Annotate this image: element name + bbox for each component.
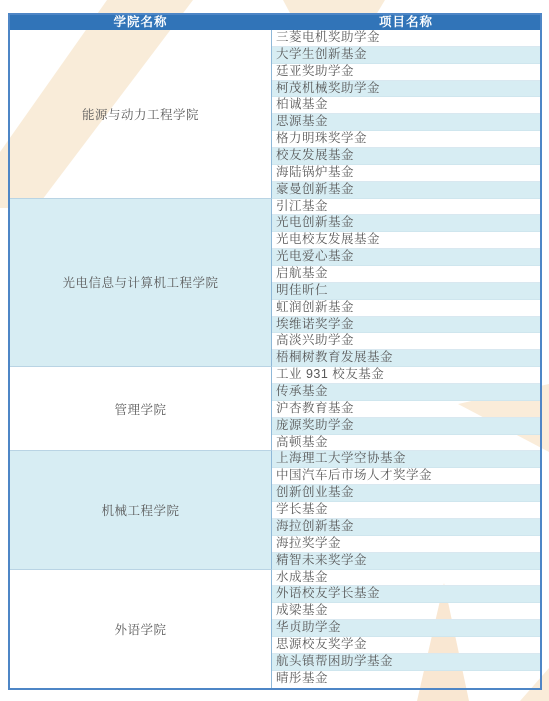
- project-row: 沪杏教育基金: [272, 401, 540, 418]
- project-row: 成梁基金: [272, 603, 540, 620]
- project-row: 光电校友发展基金: [272, 232, 540, 249]
- project-row: 海陆锅炉基金: [272, 165, 540, 182]
- column-header-college: 学院名称: [10, 15, 272, 30]
- project-row: 大学生创新基金: [272, 47, 540, 64]
- project-row: 中国汽车后市场人才奖学金: [272, 468, 540, 485]
- project-list: 工业 931 校友基金传承基金沪杏教育基金庞源奖助学金高顿基金: [272, 367, 540, 451]
- project-row: 高顿基金: [272, 435, 540, 452]
- college-group: 外语学院水成基金外语校友学长基金成梁基金华贞助学金思源校友奖学金航头镇帮困助学基…: [10, 570, 540, 688]
- project-row: 光电创新基金: [272, 215, 540, 232]
- project-row: 埃维诺奖学金: [272, 317, 540, 334]
- table-header-row: 学院名称 项目名称: [10, 15, 540, 30]
- column-header-project: 项目名称: [272, 15, 540, 30]
- project-list: 水成基金外语校友学长基金成梁基金华贞助学金思源校友奖学金航头镇帮困助学基金晴彤基…: [272, 570, 540, 688]
- project-row: 柏诚基金: [272, 97, 540, 114]
- project-row: 航头镇帮困助学基金: [272, 654, 540, 671]
- project-row: 思源基金: [272, 114, 540, 131]
- project-row: 晴彤基金: [272, 671, 540, 688]
- project-row: 高淡兴助学金: [272, 333, 540, 350]
- college-group: 管理学院工业 931 校友基金传承基金沪杏教育基金庞源奖助学金高顿基金: [10, 367, 540, 451]
- project-row: 华贞助学金: [272, 620, 540, 637]
- project-row: 光电爱心基金: [272, 249, 540, 266]
- project-row: 引江基金: [272, 199, 540, 216]
- page: 学院名称 项目名称 能源与动力工程学院三菱电机奖助学金大学生创新基金廷亚奖助学金…: [0, 0, 549, 701]
- project-row: 校友发展基金: [272, 148, 540, 165]
- project-list: 上海理工大学空协基金中国汽车后市场人才奖学金创新创业基金学长基金海拉创新基金海拉…: [272, 451, 540, 569]
- project-list: 三菱电机奖助学金大学生创新基金廷亚奖助学金柯茂机械奖助学金柏诚基金思源基金格力明…: [272, 30, 540, 199]
- project-row: 思源校友奖学金: [272, 637, 540, 654]
- project-row: 精智未来奖学金: [272, 553, 540, 570]
- college-cell: 光电信息与计算机工程学院: [10, 199, 272, 368]
- project-row: 工业 931 校友基金: [272, 367, 540, 384]
- project-row: 三菱电机奖助学金: [272, 30, 540, 47]
- college-group: 光电信息与计算机工程学院引江基金光电创新基金光电校友发展基金光电爱心基金启航基金…: [10, 199, 540, 368]
- project-list: 引江基金光电创新基金光电校友发展基金光电爱心基金启航基金明佳昕仁虹润创新基金埃维…: [272, 199, 540, 368]
- project-row: 海拉奖学金: [272, 536, 540, 553]
- college-cell: 机械工程学院: [10, 451, 272, 569]
- project-row: 梧桐树教育发展基金: [272, 350, 540, 367]
- project-row: 创新创业基金: [272, 485, 540, 502]
- project-row: 水成基金: [272, 570, 540, 587]
- project-row: 明佳昕仁: [272, 283, 540, 300]
- project-row: 庞源奖助学金: [272, 418, 540, 435]
- project-row: 虹润创新基金: [272, 300, 540, 317]
- project-row: 豪曼创新基金: [272, 182, 540, 199]
- project-row: 外语校友学长基金: [272, 586, 540, 603]
- project-row: 传承基金: [272, 384, 540, 401]
- project-row: 学长基金: [272, 502, 540, 519]
- project-row: 上海理工大学空协基金: [272, 451, 540, 468]
- college-cell: 能源与动力工程学院: [10, 30, 272, 199]
- college-cell: 管理学院: [10, 367, 272, 451]
- college-group: 能源与动力工程学院三菱电机奖助学金大学生创新基金廷亚奖助学金柯茂机械奖助学金柏诚…: [10, 30, 540, 199]
- table-body: 能源与动力工程学院三菱电机奖助学金大学生创新基金廷亚奖助学金柯茂机械奖助学金柏诚…: [10, 30, 540, 688]
- funding-table: 学院名称 项目名称 能源与动力工程学院三菱电机奖助学金大学生创新基金廷亚奖助学金…: [8, 13, 542, 690]
- college-cell: 外语学院: [10, 570, 272, 688]
- project-row: 格力明珠奖学金: [272, 131, 540, 148]
- project-row: 柯茂机械奖助学金: [272, 81, 540, 98]
- project-row: 海拉创新基金: [272, 519, 540, 536]
- project-row: 廷亚奖助学金: [272, 64, 540, 81]
- college-group: 机械工程学院上海理工大学空协基金中国汽车后市场人才奖学金创新创业基金学长基金海拉…: [10, 451, 540, 569]
- project-row: 启航基金: [272, 266, 540, 283]
